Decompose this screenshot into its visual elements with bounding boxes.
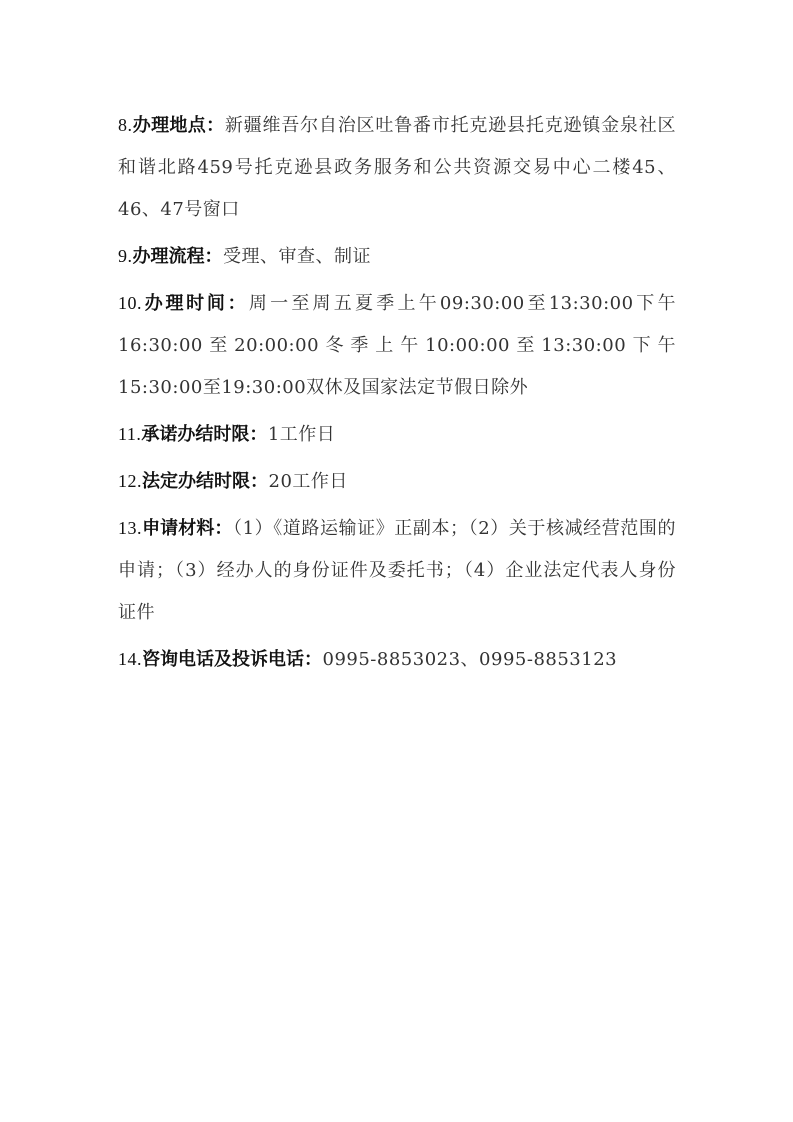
item-label: 咨询电话及投诉电话 bbox=[142, 649, 304, 670]
item-contact-phones: 14.咨询电话及投诉电话：0995-8853023、0995-8853123 bbox=[118, 638, 676, 681]
item-label: 办理时间 bbox=[142, 293, 228, 314]
item-label: 承诺办结时限 bbox=[141, 424, 249, 445]
item-number: 9. bbox=[118, 246, 133, 266]
item-value: 受理、审查、制证 bbox=[223, 246, 371, 267]
item-label: 办理流程 bbox=[133, 246, 205, 267]
item-colon: ： bbox=[250, 471, 269, 492]
item-label: 法定办结时限 bbox=[142, 471, 250, 492]
item-number: 10. bbox=[118, 293, 142, 313]
item-value: 20工作日 bbox=[269, 471, 348, 492]
item-application-materials: 13.申请材料：（1）《道路运输证》正副本；（2）关于核减经营范围的申请；（3）… bbox=[118, 507, 676, 634]
item-promised-deadline: 11.承诺办结时限：1工作日 bbox=[118, 413, 676, 456]
item-colon: ： bbox=[214, 518, 233, 539]
item-number: 8. bbox=[118, 115, 133, 135]
item-value: 1工作日 bbox=[268, 424, 335, 445]
item-legal-deadline: 12.法定办结时限：20工作日 bbox=[118, 460, 676, 503]
item-colon: ： bbox=[249, 424, 268, 445]
item-label: 申请材料 bbox=[142, 518, 214, 539]
item-handling-hours: 10.办理时间：周一至周五夏季上午09:30:00至13:30:00下午16:3… bbox=[118, 282, 676, 409]
item-colon: ： bbox=[205, 246, 224, 267]
item-number: 12. bbox=[118, 471, 142, 491]
item-colon: ： bbox=[228, 293, 249, 314]
item-handling-location: 8.办理地点：新疆维吾尔自治区吐鲁番市托克逊县托克逊镇金泉社区和谐北路459号托… bbox=[118, 104, 676, 231]
item-number: 13. bbox=[118, 518, 142, 538]
document-page: 8.办理地点：新疆维吾尔自治区吐鲁番市托克逊县托克逊镇金泉社区和谐北路459号托… bbox=[118, 104, 676, 685]
item-colon: ： bbox=[304, 649, 323, 670]
item-number: 14. bbox=[118, 649, 142, 669]
item-value: 0995-8853023、0995-8853123 bbox=[323, 649, 618, 670]
item-handling-process: 9.办理流程：受理、审查、制证 bbox=[118, 235, 676, 278]
item-number: 11. bbox=[118, 424, 141, 444]
item-colon: ： bbox=[206, 115, 225, 136]
item-label: 办理地点 bbox=[133, 115, 207, 136]
